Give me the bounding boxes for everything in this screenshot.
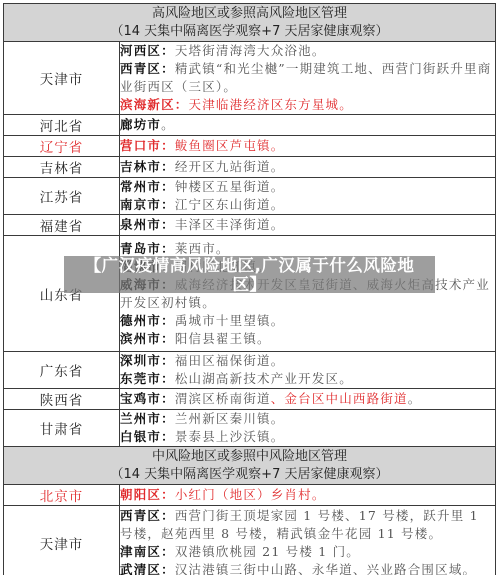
district-name: 津南区： bbox=[120, 544, 175, 559]
high-risk-header-subtitle: （14 天集中隔离医学观察+7 天居家健康观察） bbox=[4, 23, 495, 41]
table-row: 天津市 西青区：西营门街王顶堤家园 1 号楼、17 号楼，跃升里 1 号楼，赵苑… bbox=[4, 506, 496, 575]
table-row: 山东省 青岛市：莱西市。 淄博市：周村区北郊镇。 威海市：威海经济技术开发区皇冠… bbox=[4, 236, 496, 352]
district-entry: 南京市：江宁区东山街道。 bbox=[120, 196, 495, 214]
district-detail: 经开区九站街道。 bbox=[175, 159, 285, 174]
province-cell: 吉林省 bbox=[4, 157, 120, 178]
district-name: 武清区： bbox=[120, 562, 175, 575]
district-entry: 河西区：天塔街清海湾大众浴池。 bbox=[120, 42, 495, 60]
district-detail: 渭滨区桥南街道 bbox=[175, 391, 271, 406]
district-entry: 滨海新区：天津临港经济区东方星城。 bbox=[120, 96, 495, 114]
district-name: 德州市： bbox=[120, 313, 175, 328]
district-detail: 阳信县翟王镇。 bbox=[175, 331, 271, 346]
district-entry: 宝鸡市：渭滨区桥南街道、金台区中山西路街道。 bbox=[120, 390, 495, 408]
district-entry: 东莞市：松山湖高新技术产业开发区。 bbox=[120, 370, 495, 388]
table-row: 河北省 廊坊市。 bbox=[4, 115, 496, 136]
province-cell: 河北省 bbox=[4, 115, 120, 136]
table-row: 吉林省 吉林市：经开区九站街道。 bbox=[4, 157, 496, 178]
district-detail: 丰泽区丰泽街道。 bbox=[175, 217, 285, 232]
detail-cell: 兰州市：兰州新区秦川镇。 白银市：景泰县上沙沃镇。 bbox=[120, 410, 496, 447]
table-row: 广东省 深圳市：福田区福保街道。 东莞市：松山湖高新技术产业开发区。 bbox=[4, 352, 496, 389]
district-name: 滨州市： bbox=[120, 331, 175, 346]
district-detail: 天塔街清海湾大众浴池。 bbox=[175, 43, 326, 58]
district-name: 河西区： bbox=[120, 43, 175, 58]
district-name: 泉州市： bbox=[120, 217, 175, 232]
province-cell: 江苏省 bbox=[4, 178, 120, 215]
district-detail: 。 bbox=[161, 117, 175, 132]
detail-cell: 河西区：天塔街清海湾大众浴池。 西青区：精武镇“和光尘樾”一期建筑工地、西营门街… bbox=[120, 42, 496, 115]
province-cell: 陕西省 bbox=[4, 389, 120, 410]
province-cell: 山东省 bbox=[4, 236, 120, 352]
district-name: 东莞市： bbox=[120, 371, 175, 386]
district-entry: 吉林市：经开区九站街道。 bbox=[120, 158, 495, 176]
district-name: 朝阳区： bbox=[120, 487, 175, 502]
detail-cell: 朝阳区：小红门（地区）乡肖村。 bbox=[120, 485, 496, 506]
district-entry: 西青区：西营门街王顶堤家园 1 号楼、17 号楼，跃升里 1 号楼，赵苑西里 8… bbox=[120, 507, 495, 543]
district-entry: 武清区：汉沽港镇三街中山路、永华道、兴业路合围区域。 bbox=[120, 561, 495, 575]
district-entry: 滨州市：阳信县翟王镇。 bbox=[120, 330, 495, 348]
district-detail: 景泰县上沙沃镇。 bbox=[175, 429, 285, 444]
detail-cell: 泉州市：丰泽区丰泽街道。 bbox=[120, 215, 496, 236]
district-name: 兰州市： bbox=[120, 411, 175, 426]
detail-cell: 营口市：鲅鱼圈区芦屯镇。 bbox=[120, 136, 496, 157]
district-entry: 西青区：精武镇“和光尘樾”一期建筑工地、西营门街跃升里商业街西区（三区）。 bbox=[120, 60, 495, 96]
district-name: 南京市： bbox=[120, 197, 175, 212]
district-name: 西青区： bbox=[120, 61, 175, 76]
district-detail: 禹城市十里望镇。 bbox=[175, 313, 285, 328]
district-detail: 天津临港经济区东方星城。 bbox=[189, 97, 353, 112]
detail-cell: 西青区：西营门街王顶堤家园 1 号楼、17 号楼，跃升里 1 号楼，赵苑西里 8… bbox=[120, 506, 496, 575]
medium-risk-header-row: 中风险地区或参照中风险地区管理 （14 天集中隔离医学观察+7 天居家健康观察） bbox=[4, 447, 496, 485]
high-risk-header: 高风险地区或参照高风险地区管理 （14 天集中隔离医学观察+7 天居家健康观察） bbox=[4, 4, 496, 42]
medium-risk-header-subtitle: （14 天集中隔离医学观察+7 天居家健康观察） bbox=[4, 466, 495, 484]
district-name: 吉林市： bbox=[120, 159, 175, 174]
province-cell: 北京市 bbox=[4, 485, 120, 506]
detail-cell: 廊坊市。 bbox=[120, 115, 496, 136]
detail-cell: 青岛市：莱西市。 淄博市：周村区北郊镇。 威海市：威海经济技术开发区皇冠街道、威… bbox=[120, 236, 496, 352]
district-entry: 朝阳区：小红门（地区）乡肖村。 bbox=[120, 486, 495, 504]
district-detail: 松山湖高新技术产业开发区。 bbox=[175, 371, 353, 386]
district-entry: 白银市：景泰县上沙沃镇。 bbox=[120, 428, 495, 446]
district-entry: 廊坊市。 bbox=[120, 116, 495, 134]
district-entry: 泉州市：丰泽区丰泽街道。 bbox=[120, 216, 495, 234]
district-detail: 莱西市。 bbox=[175, 241, 230, 256]
district-name: 宝鸡市： bbox=[120, 391, 175, 406]
district-entry: 深圳市：福田区福保街道。 bbox=[120, 352, 495, 370]
district-entry: 营口市：鲅鱼圈区芦屯镇。 bbox=[120, 137, 495, 155]
district-entry: 德州市：禹城市十里望镇。 bbox=[120, 312, 495, 330]
detail-cell: 深圳市：福田区福保街道。 东莞市：松山湖高新技术产业开发区。 bbox=[120, 352, 496, 389]
district-detail: 小红门（地区）乡肖村。 bbox=[175, 487, 326, 502]
province-cell: 天津市 bbox=[4, 42, 120, 115]
province-cell: 广东省 bbox=[4, 352, 120, 389]
district-detail: 兰州新区秦川镇。 bbox=[175, 411, 285, 426]
document-page: 高风险地区或参照高风险地区管理 （14 天集中隔离医学观察+7 天居家健康观察）… bbox=[0, 0, 500, 575]
medium-risk-header-title: 中风险地区或参照中风险地区管理 bbox=[4, 448, 495, 466]
high-risk-header-title: 高风险地区或参照高风险地区管理 bbox=[4, 5, 495, 23]
district-entry: 兰州市：兰州新区秦川镇。 bbox=[120, 410, 495, 428]
district-detail: 鲅鱼圈区芦屯镇。 bbox=[175, 138, 285, 153]
province-cell: 甘肃省 bbox=[4, 410, 120, 447]
district-name: 廊坊市 bbox=[120, 117, 161, 132]
table-row: 陕西省 宝鸡市：渭滨区桥南街道、金台区中山西路街道。 bbox=[4, 389, 496, 410]
province-cell: 福建省 bbox=[4, 215, 120, 236]
table-row: 北京市 朝阳区：小红门（地区）乡肖村。 bbox=[4, 485, 496, 506]
province-cell: 辽宁省 bbox=[4, 136, 120, 157]
district-name: 白银市： bbox=[120, 429, 175, 444]
title-overlay-banner: 【广汉疫情高风险地区,广汉属于什么风险地区】 bbox=[64, 256, 435, 293]
district-name: 滨海新区： bbox=[120, 97, 189, 112]
district-name: 西青区： bbox=[120, 508, 175, 523]
district-detail-end: 。 bbox=[408, 391, 422, 406]
district-detail: 江宁区东山街道。 bbox=[175, 197, 285, 212]
district-detail: 福田区福保街道。 bbox=[175, 353, 285, 368]
high-risk-header-row: 高风险地区或参照高风险地区管理 （14 天集中隔离医学观察+7 天居家健康观察） bbox=[4, 4, 496, 42]
table-row: 辽宁省 营口市：鲅鱼圈区芦屯镇。 bbox=[4, 136, 496, 157]
detail-cell: 吉林市：经开区九站街道。 bbox=[120, 157, 496, 178]
district-detail: 双港镇欣桃园 21 号楼 1 门。 bbox=[175, 544, 360, 559]
detail-cell: 常州市：钟楼区五星街道。 南京市：江宁区东山街道。 bbox=[120, 178, 496, 215]
overlay-title: 【广汉疫情高风险地区,广汉属于什么风险地区】 bbox=[64, 256, 435, 294]
district-name: 青岛市： bbox=[120, 241, 175, 256]
district-name: 常州市： bbox=[120, 179, 175, 194]
district-name: 深圳市： bbox=[120, 353, 175, 368]
district-detail-highlight: 、金台区中山西路街道 bbox=[271, 391, 408, 406]
district-name: 营口市： bbox=[120, 138, 175, 153]
table-row: 福建省 泉州市：丰泽区丰泽街道。 bbox=[4, 215, 496, 236]
detail-cell: 宝鸡市：渭滨区桥南街道、金台区中山西路街道。 bbox=[120, 389, 496, 410]
table-row: 甘肃省 兰州市：兰州新区秦川镇。 白银市：景泰县上沙沃镇。 bbox=[4, 410, 496, 447]
district-detail: 钟楼区五星街道。 bbox=[175, 179, 285, 194]
district-entry: 常州市：钟楼区五星街道。 bbox=[120, 178, 495, 196]
district-detail: 精武镇“和光尘樾”一期建筑工地、西营门街跃升里商业街西区（三区）。 bbox=[120, 61, 491, 94]
province-cell: 天津市 bbox=[4, 506, 120, 575]
district-entry: 津南区：双港镇欣桃园 21 号楼 1 门。 bbox=[120, 543, 495, 561]
table-row: 江苏省 常州市：钟楼区五星街道。 南京市：江宁区东山街道。 bbox=[4, 178, 496, 215]
table-row: 天津市 河西区：天塔街清海湾大众浴池。 西青区：精武镇“和光尘樾”一期建筑工地、… bbox=[4, 42, 496, 115]
district-detail: 汉沽港镇三街中山路、永华道、兴业路合围区域。 bbox=[175, 562, 476, 575]
medium-risk-header: 中风险地区或参照中风险地区管理 （14 天集中隔离医学观察+7 天居家健康观察） bbox=[4, 447, 496, 485]
